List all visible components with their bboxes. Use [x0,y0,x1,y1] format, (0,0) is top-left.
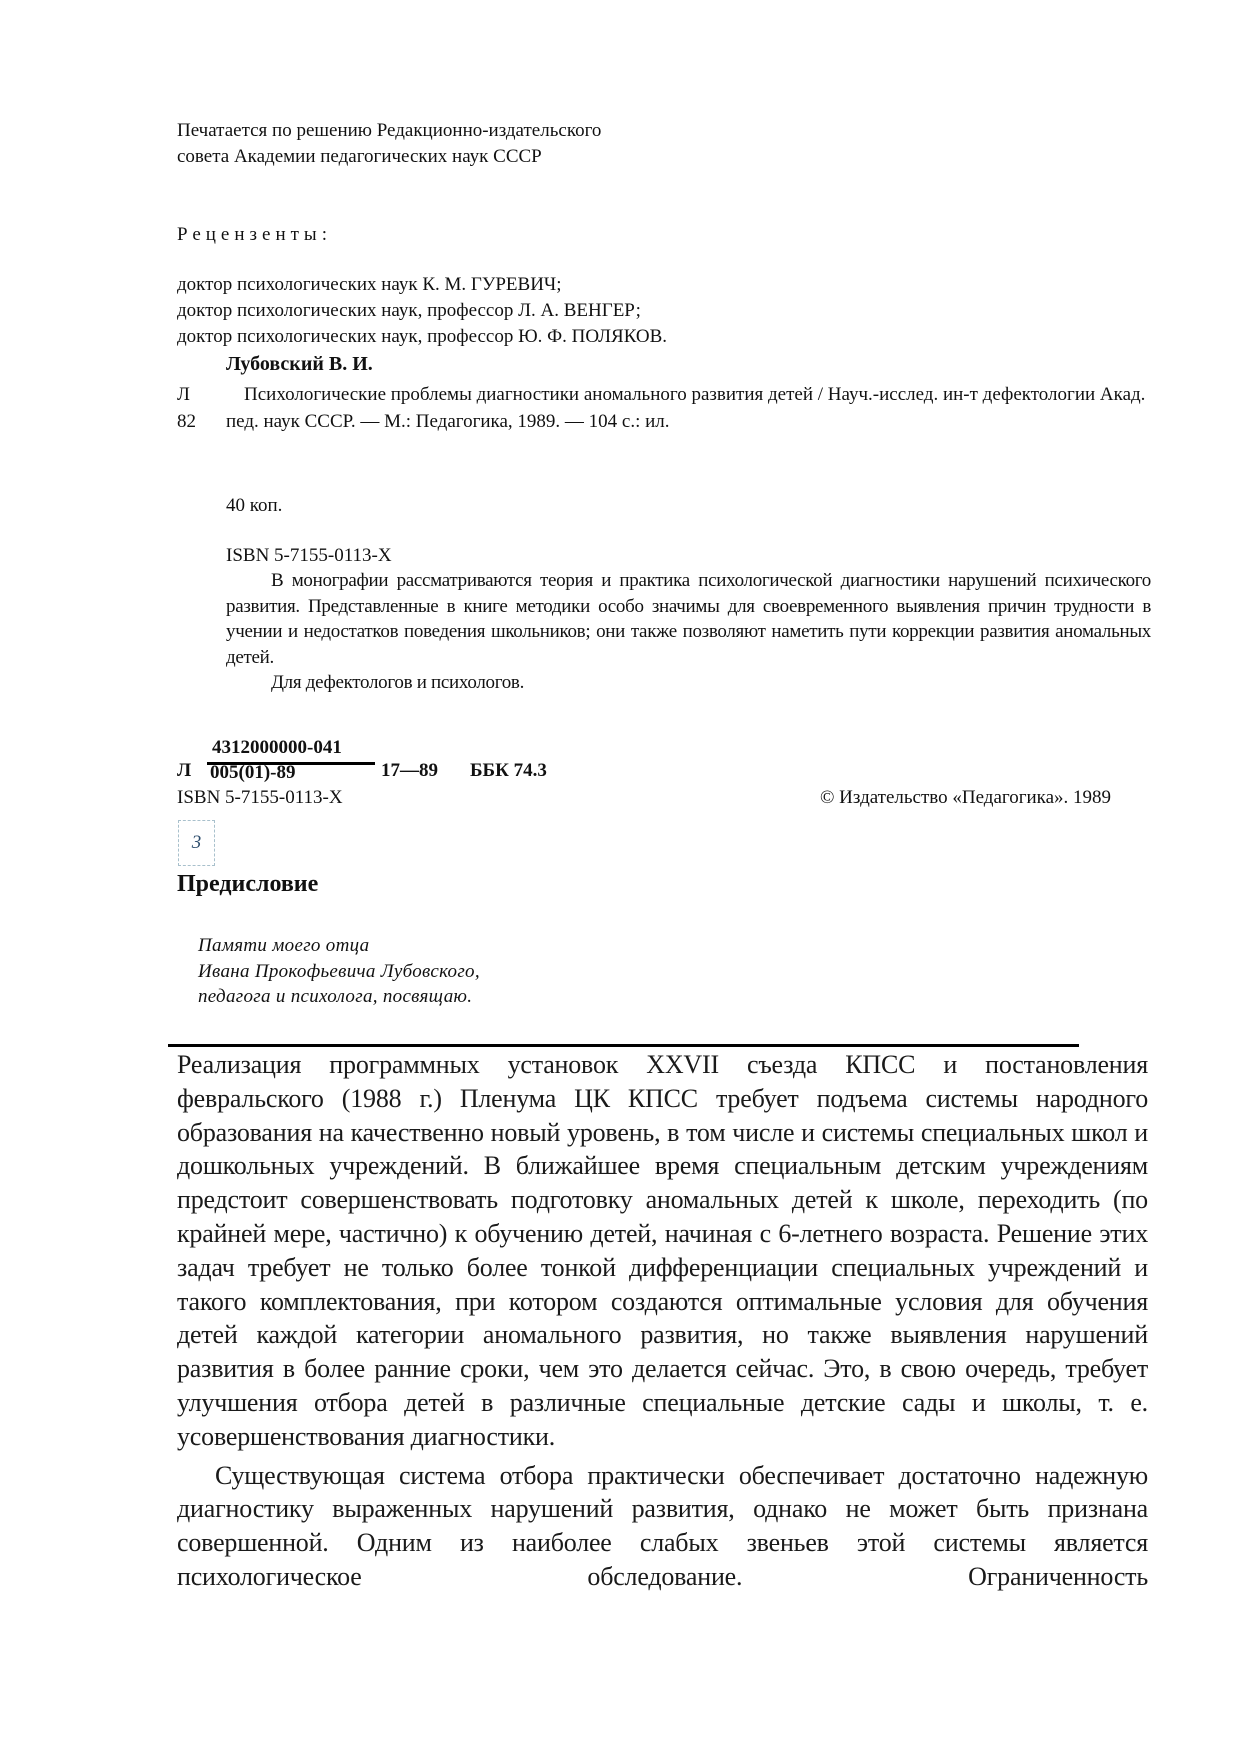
dedication-line: Памяти моего отца [198,933,480,959]
call-number-digits: 82 [177,408,196,435]
imprint-note: Печатается по решению Редакционно-издате… [177,118,601,170]
horizontal-rule [168,1044,1079,1047]
reviewers-list: доктор психологических наук К. М. ГУРЕВИ… [177,272,667,350]
reviewers-title: Рецензенты: [177,222,332,248]
catalog-isbn: ISBN 5-7155-0113-X [226,543,392,569]
reviewer-item: доктор психологических наук К. М. ГУРЕВИ… [177,272,667,298]
annotation: В монографии рассматриваются теория и пр… [226,568,1151,696]
body-paragraph: Реализация программных установок XXVII с… [177,1048,1148,1454]
dedication: Памяти моего отца Ивана Прокофьевича Луб… [198,933,480,1010]
section-heading: Предисловие [177,871,318,898]
call-number: Л 82 [177,381,196,435]
body-paragraph: Существующая система отбора практически … [177,1459,1148,1594]
page-number-value: 3 [192,832,202,854]
order-code: 17—89 [381,760,438,782]
catalog-author: Лубовский В. И. [226,353,373,376]
bbk-code: ББК 74.3 [470,760,547,782]
bibliographic-text: Психологические проблемы диагностики ано… [226,384,1145,432]
imprint-line: совета Академии педагогических наук СССР [177,144,601,170]
imprint-line: Печатается по решению Редакционно-издате… [177,118,601,144]
call-number-letter: Л [177,381,196,408]
dedication-line: педагога и психолога, посвящаю. [198,984,480,1010]
price: 40 коп. [226,493,282,519]
annotation-audience: Для дефектологов и психологов. [226,670,1151,696]
code-numerator: 4312000000-041 [210,737,342,759]
code-letter: Л [177,760,191,782]
page-number: 3 [178,820,215,866]
copyright: © Издательство «Педагогика». 1989 [820,787,1111,809]
annotation-paragraph: В монографии рассматриваются теория и пр… [226,568,1151,670]
reviewer-item: доктор психологических наук, профессор Ю… [177,324,667,350]
code-denominator: 005(01)-89 [210,762,295,784]
dedication-line: Ивана Прокофьевича Лубовского, [198,959,480,985]
bibliographic-description: Психологические проблемы диагностики ано… [226,381,1151,435]
preface-body: Реализация программных установок XXVII с… [177,1048,1148,1594]
reviewer-item: доктор психологических наук, профессор Л… [177,298,667,324]
isbn: ISBN 5-7155-0113-X [177,787,343,809]
